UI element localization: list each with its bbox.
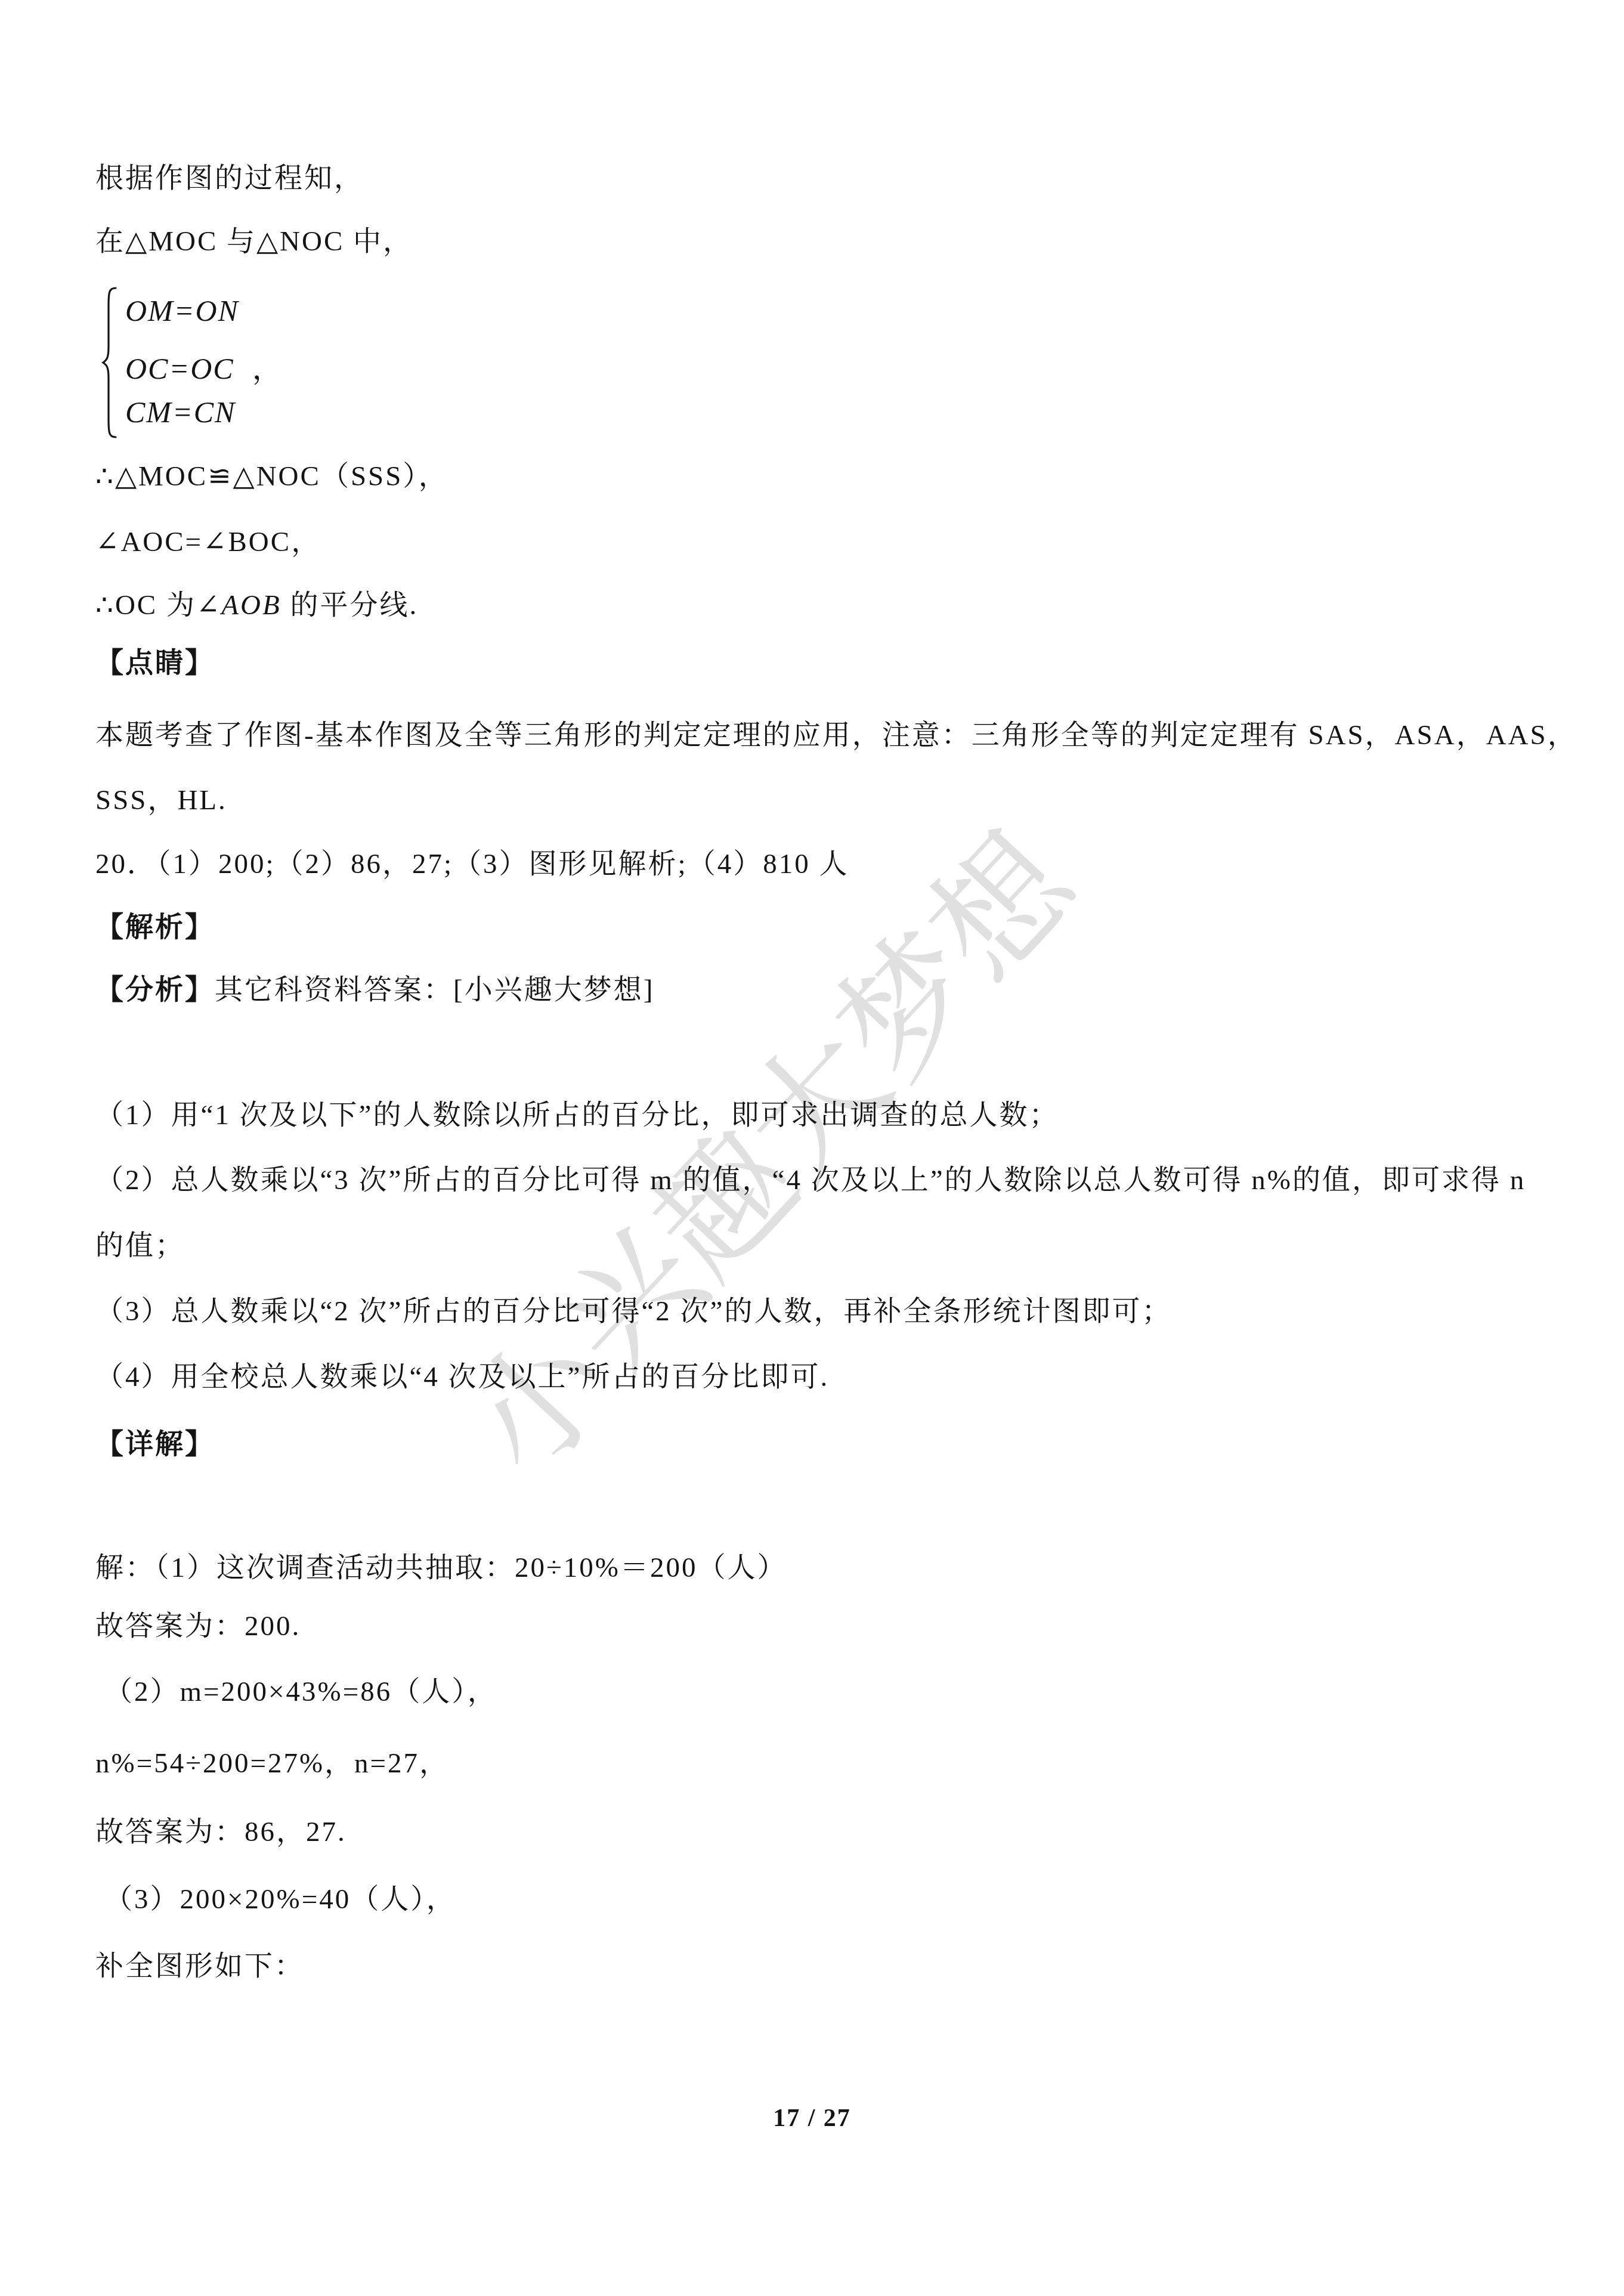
- section-header-fenxi: 【分析】: [95, 974, 215, 1005]
- left-curly-brace: [101, 286, 119, 439]
- text-line: 故答案为：200.: [95, 1610, 301, 1642]
- text-line: 故答案为：86，27.: [95, 1816, 347, 1848]
- answer-summary-line: 20．（1）200;（2）86，27;（3）图形见解析;（4）810 人: [95, 848, 849, 880]
- text-line: ∴△MOC≌△NOC（SSS），: [95, 460, 448, 493]
- document-page: 小兴趣大梦想 根据作图的过程知， 在△MOC 与△NOC 中， OM=ON OC…: [0, 0, 1624, 2296]
- text-line: 本题考查了作图-基本作图及全等三角形的判定定理的应用，注意：三角形全等的判定定理…: [95, 719, 1577, 751]
- text-line: 根据作图的过程知，: [95, 162, 364, 194]
- text-line: （2）m=200×43%=86（人），: [104, 1676, 497, 1708]
- section-header-xiangjie: 【详解】: [95, 1428, 215, 1460]
- text-line: （1）用“1 次及以下”的人数除以所占的百分比，即可求出调查的总人数；: [95, 1099, 1059, 1131]
- text-line: 【分析】其它科资料答案：[小兴趣大梦想]: [95, 974, 654, 1006]
- text-line: （2）总人数乘以“3 次”所占的百分比可得 m 的值，“4 次及以上”的人数除以…: [95, 1164, 1526, 1196]
- text-line: （4）用全校总人数乘以“4 次及以上”所占的百分比即可.: [95, 1361, 829, 1393]
- text-line: ∴OC 为∠AOB 的平分线.: [95, 589, 418, 621]
- text-line: 补全图形如下：: [95, 1950, 304, 1982]
- equation-system: OM=ON OC=OC， CM=CN: [101, 286, 412, 441]
- math-italic: ∠AOB: [196, 590, 282, 621]
- equation-row: CM=CN: [125, 395, 236, 429]
- document-content: 根据作图的过程知， 在△MOC 与△NOC 中， OM=ON OC=OC， CM…: [0, 0, 1624, 2296]
- text-line: 的值；: [95, 1230, 185, 1262]
- page-number: 17 / 27: [0, 2104, 1624, 2133]
- text-line: SSS，HL.: [95, 784, 227, 816]
- section-header-dianjing: 【点睛】: [95, 647, 215, 679]
- equation-row: OC=OC，: [125, 345, 282, 388]
- text-line: ∠AOC=∠BOC，: [95, 526, 321, 558]
- text-line: （3）200×20%=40（人），: [104, 1883, 456, 1916]
- text-line: 在△MOC 与△NOC 中，: [95, 225, 413, 258]
- equation-row: OM=ON: [125, 293, 239, 328]
- text-line: 解：（1）这次调查活动共抽取：20÷10%＝200（人）: [95, 1552, 787, 1584]
- section-header-jiexi: 【解析】: [95, 911, 215, 943]
- equation-comma: ，: [252, 352, 282, 385]
- text-line: n%=54÷200=27%，n=27，: [95, 1747, 449, 1780]
- text-line: （3）总人数乘以“2 次”所占的百分比可得“2 次”的人数，再补全条形统计图即可…: [95, 1295, 1171, 1328]
